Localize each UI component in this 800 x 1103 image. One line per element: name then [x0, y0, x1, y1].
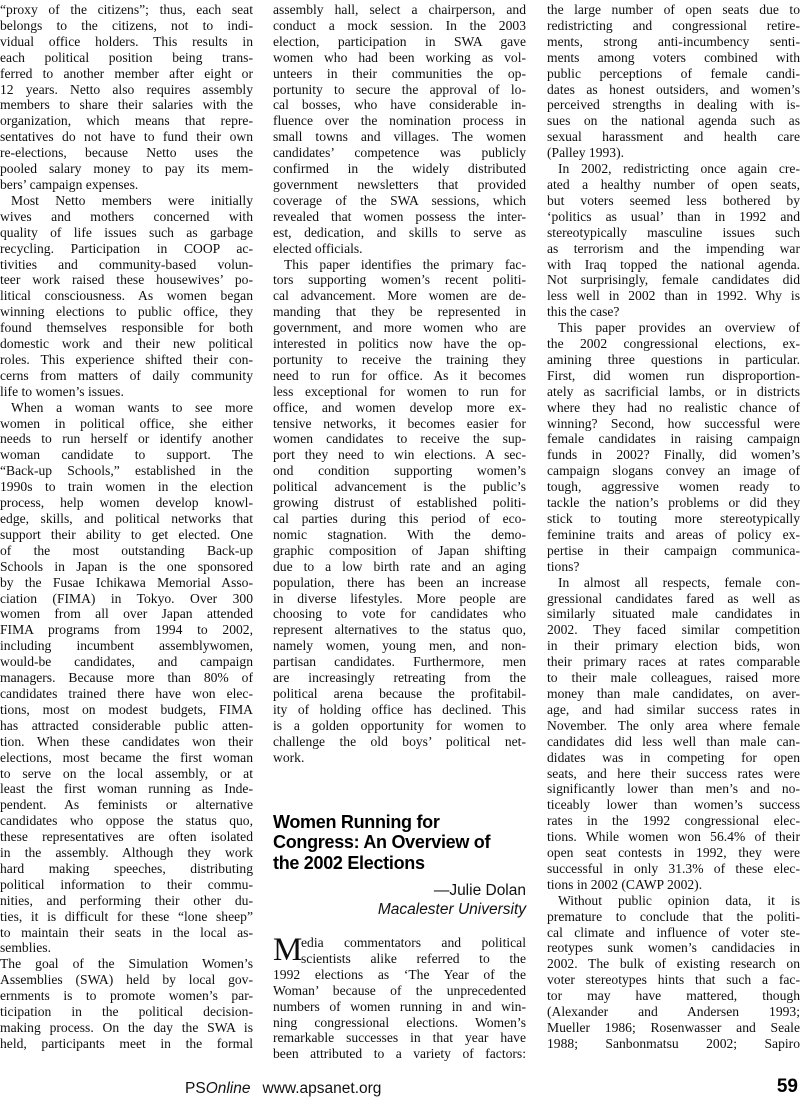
text-line: life to women’s issues. — [0, 384, 253, 400]
text-line: cal climate and influence of voter ste- — [547, 925, 800, 941]
text-line: This paper identifies the primary fac- — [273, 257, 526, 273]
text-line: tions, most on modest budgets, FIMA — [0, 702, 253, 718]
text-column-middle: assembly hall, select a chairperson, and… — [273, 2, 526, 1062]
text-line: support their ability to get elected. On… — [0, 527, 253, 543]
text-line: port they need to win elections. A sec- — [273, 447, 526, 463]
text-line: re-elections, because Netto uses the — [0, 145, 253, 161]
text-line: November. The only area where female — [547, 718, 800, 734]
text-line: political information to their commu- — [0, 877, 253, 893]
text-line: Mueller 1986; Rosenwasser and Seale — [547, 1020, 800, 1036]
text-line: cal bosses, who have considerable in- — [273, 97, 526, 113]
text-line: ments among voters combined with — [547, 50, 800, 66]
text-line: by the Fusae Ichikawa Memorial Asso- — [0, 575, 253, 591]
text-line: to their male colleagues, raised more — [547, 670, 800, 686]
paragraph: The goal of the Simulation Women’sAssemb… — [0, 956, 253, 1051]
text-line: cerns from matters of daily community — [0, 368, 253, 384]
text-line: election, participation in SWA gave — [273, 34, 526, 50]
text-line: seats, and here their success rates were — [547, 766, 800, 782]
text-line: Most Netto members were initially — [0, 193, 253, 209]
author-affiliation: Macalester University — [273, 901, 526, 920]
text-line: found themselves responsible for both — [0, 320, 253, 336]
text-line: money than male candidates, on aver- — [547, 686, 800, 702]
text-line: ticipation in the political decision- — [0, 1004, 253, 1020]
text-line: “Back-up Schools,” established in the — [0, 463, 253, 479]
text-line: represent alternatives to the status quo… — [273, 622, 526, 638]
text-line: Not surprisingly, female candidates did — [547, 272, 800, 288]
text-line: ated a healthy number of open seats, — [547, 177, 800, 193]
text-line: edia commentators and political — [273, 935, 526, 951]
text-line: tions? — [547, 559, 800, 575]
text-line: this the case? — [547, 304, 800, 320]
text-line: held, participants meet in the formal — [0, 1036, 253, 1052]
text-line: scientists alike referred to the — [273, 951, 526, 967]
text-line: with Iraq topped the national agenda. — [547, 257, 800, 273]
text-line: cal advancement. More women are de- — [273, 288, 526, 304]
text-line: ties, it is difficult for these “lone sh… — [0, 909, 253, 925]
text-line: as terrorism and the impending war — [547, 241, 800, 257]
text-line: tackle the nation’s problems or did they — [547, 495, 800, 511]
text-line: female candidates in raising campaign — [547, 431, 800, 447]
text-line: 2002. They faced similar competition — [547, 622, 800, 638]
text-line: recycling. Participation in COOP ac- — [0, 241, 253, 257]
text-line: are increasingly retreating from the — [273, 670, 526, 686]
text-line: pendent. As feminists or alternative — [0, 797, 253, 813]
text-line: women in political office, she either — [0, 416, 253, 432]
text-line: Congress: An Overview of — [273, 832, 526, 853]
dropcap-paragraph: Media commentators and politicalscientis… — [273, 935, 526, 1062]
text-line: tensive networks, it becomes easier for — [273, 416, 526, 432]
text-line: feminine traits and areas of policy ex- — [547, 527, 800, 543]
text-line: tor may have mattered, though — [547, 988, 800, 1004]
text-line: government newsletters that provided — [273, 177, 526, 193]
text-line: perceived strengths in dealing with is- — [547, 97, 800, 113]
text-line: significantly lower than men’s and no- — [547, 781, 800, 797]
text-line: partisan candidates. Furthermore, men — [273, 654, 526, 670]
journal-url: www.apsanet.org — [263, 1080, 382, 1097]
text-line: confirmed in the widely distributed — [273, 161, 526, 177]
text-line: graphic composition of Japan shifting — [273, 543, 526, 559]
text-line: est, dedication, and skills to serve as — [273, 225, 526, 241]
text-line: manding that they be represented in — [273, 304, 526, 320]
text-line: ments, strong anti-incumbency senti- — [547, 34, 800, 50]
text-line: less well in 2002 than in 1992. Why is — [547, 288, 800, 304]
text-line: Women Running for — [273, 812, 526, 833]
text-line: political advancement is the public’s — [273, 479, 526, 495]
text-line: age, and had similar success rates in — [547, 702, 800, 718]
text-line: political arena because the profitabil- — [273, 686, 526, 702]
text-line: assembly hall, select a chairperson, and — [273, 2, 526, 18]
text-line: hard making speeches, distributing — [0, 861, 253, 877]
text-line: candidates trained there have won elec- — [0, 686, 253, 702]
text-line: in diverse lifestyles. More people are — [273, 591, 526, 607]
text-line: elected officials. — [273, 241, 526, 257]
text-line: namely women, young men, and non- — [273, 638, 526, 654]
paragraph: Without public opinion data, it ispremat… — [547, 893, 800, 1052]
text-line: sentatives do not have to fund their own — [0, 129, 253, 145]
page-number: 59 — [777, 1076, 798, 1098]
text-line: vidual office holders. This results in — [0, 34, 253, 50]
text-line: The goal of the Simulation Women’s — [0, 956, 253, 972]
text-line: remarkable successes in that year have — [273, 1030, 526, 1046]
text-line: FIMA programs from 1994 to 2002, — [0, 622, 253, 638]
text-line: ond condition supporting women’s — [273, 463, 526, 479]
text-line: edge, skills, and political networks tha… — [0, 511, 253, 527]
paragraph: “proxy of the citizens”; thus, each seat… — [0, 2, 253, 193]
journal-page: “proxy of the citizens”; thus, each seat… — [0, 0, 800, 1103]
text-line: ning congressional elections. Women’s — [273, 1015, 526, 1031]
text-line: pooled salary money to pay its mem- — [0, 161, 253, 177]
text-line: successful in only 31.3% of these elec- — [547, 861, 800, 877]
text-line: including incumbent assemblywomen, — [0, 638, 253, 654]
text-line: tough, aggressive women ready to — [547, 479, 800, 495]
text-line: open seat contests in 1992, they were — [547, 845, 800, 861]
text-line: tors supporting women’s recent politi- — [273, 272, 526, 288]
text-line: First, did women run disproportion- — [547, 368, 800, 384]
text-line: “proxy of the citizens”; thus, each seat — [0, 2, 253, 18]
text-line: candidates’ competence was publicly — [273, 145, 526, 161]
journal-name-online: Online — [206, 1080, 251, 1097]
text-line: sues on the national agenda such as — [547, 113, 800, 129]
text-line: process, help women develop knowl- — [0, 495, 253, 511]
text-line: elections, most became the first woman — [0, 750, 253, 766]
author-block: —Julie DolanMacalester University — [273, 882, 526, 919]
text-line: nomic stagnation. With the demo- — [273, 527, 526, 543]
text-line: tivities and community-based volun- — [0, 257, 253, 273]
text-line: of the most outstanding Back-up — [0, 543, 253, 559]
paragraph: When a woman wants to see morewomen in p… — [0, 400, 253, 957]
text-line: numbers of women running in and win- — [273, 999, 526, 1015]
text-line: portunity to receive the training they — [273, 352, 526, 368]
text-line: the 2002 Elections — [273, 853, 526, 874]
text-line: Assemblies (SWA) held by local gov- — [0, 972, 253, 988]
text-line: Woman’ because of the unprecedented — [273, 983, 526, 999]
text-line: population, there has been an increase — [273, 575, 526, 591]
text-line: gressional candidates fared as well as — [547, 591, 800, 607]
text-line: 1992 elections as ‘The Year of the — [273, 967, 526, 983]
text-line: been attributed to a variety of factors: — [273, 1046, 526, 1062]
text-line: due to a low birth rate and an aging — [273, 559, 526, 575]
text-line: revealed that women possess the inter- — [273, 209, 526, 225]
text-line: making process. On the day the SWA is — [0, 1020, 253, 1036]
text-line: dates as honest outsiders, and women’s — [547, 82, 800, 98]
paragraph: assembly hall, select a chairperson, and… — [273, 2, 526, 257]
text-line: is a golden opportunity for women to — [273, 718, 526, 734]
text-line: small towns and villages. The women — [273, 129, 526, 145]
text-line: teer work raised these housewives’ po- — [0, 272, 253, 288]
text-line: amining three questions in particular. — [547, 352, 800, 368]
drop-cap: M — [273, 935, 302, 965]
text-line: least the first woman running as Inde- — [0, 781, 253, 797]
text-line: stereotypically masculine issues such — [547, 225, 800, 241]
text-line: would-be candidates, and campaign — [0, 654, 253, 670]
text-line: to serve on the local assembly, or at — [0, 766, 253, 782]
paragraph: This paper identifies the primary fac-to… — [273, 257, 526, 766]
text-line: 2002. The bulk of existing research on — [547, 956, 800, 972]
text-line: the 2002 congressional elections, ex- — [547, 336, 800, 352]
text-line: coverage of the SWA sessions, which — [273, 193, 526, 209]
text-line: women candidates to receive the sup- — [273, 431, 526, 447]
text-line: ity of holding office has declined. This — [273, 702, 526, 718]
text-line: needs to run herself or identify another — [0, 431, 253, 447]
text-line: less exceptional for women to run for — [273, 384, 526, 400]
text-line: unteers in their communities the op- — [273, 66, 526, 82]
text-column-right: the large number of open seats due tored… — [547, 2, 800, 1052]
text-line: tions in 2002 (CAWP 2002). — [547, 877, 800, 893]
text-line: their primary races at rates comparable — [547, 654, 800, 670]
text-line: tion. When these candidates won their — [0, 734, 253, 750]
text-line: government, and more women who are — [273, 320, 526, 336]
text-line: choosing to vote for candidates who — [273, 606, 526, 622]
article-title: Women Running forCongress: An Overview o… — [273, 812, 526, 874]
paragraph: In 2002, redistricting once again cre-at… — [547, 161, 800, 320]
text-line: woman candidate to support. The — [0, 447, 253, 463]
text-line: need to run for office. As it becomes — [273, 368, 526, 384]
text-line: in the assembly. Although they work — [0, 845, 253, 861]
text-line: but voters seemed less bothered by — [547, 193, 800, 209]
text-line: ticeably lower than women’s success — [547, 797, 800, 813]
text-line: portunity to secure the approval of lo- — [273, 82, 526, 98]
text-line: managers. Because more than 80% of — [0, 670, 253, 686]
text-line: 12 years. Netto also requires assembly — [0, 82, 253, 98]
text-line: work. — [273, 750, 526, 766]
text-line: candidates who oppose the status quo, — [0, 813, 253, 829]
text-line: wives and mothers concerned with — [0, 209, 253, 225]
text-line: has attracted considerable public atten- — [0, 718, 253, 734]
text-line: members to share their salaries with the — [0, 97, 253, 113]
text-line: roles. This experience shifted their con… — [0, 352, 253, 368]
text-line: didates was in competing for open — [547, 750, 800, 766]
text-line: ciation (FIMA) in Tokyo. Over 300 — [0, 591, 253, 607]
text-line: belongs to the citizens, not to indi- — [0, 18, 253, 34]
paragraph: Most Netto members were initiallywives a… — [0, 193, 253, 400]
text-line: bers’ campaign expenses. — [0, 177, 253, 193]
text-line: (Alexander and Andersen 1993; — [547, 1004, 800, 1020]
paragraph: This paper provides an overview ofthe 20… — [547, 320, 800, 575]
text-line: In 2002, redistricting once again cre- — [547, 161, 800, 177]
text-line: Without public opinion data, it is — [547, 893, 800, 909]
text-line: pertise in their campaign communica- — [547, 543, 800, 559]
text-line: 1988; Sanbonmatsu 2002; Sapiro — [547, 1036, 800, 1052]
text-line: similarly situated male candidates in — [547, 606, 800, 622]
text-line: redistricting and congressional retire- — [547, 18, 800, 34]
paragraph: the large number of open seats due tored… — [547, 2, 800, 161]
text-line: (Palley 1993). — [547, 145, 800, 161]
text-line: domestic work and their new political — [0, 336, 253, 352]
text-line: reotypes sunk women’s candidacies in — [547, 940, 800, 956]
text-line: voter stereotypes hints that such a fac- — [547, 972, 800, 988]
text-line: When a woman wants to see more — [0, 400, 253, 416]
text-line: campaign slogans convey an image of — [547, 463, 800, 479]
text-line: where they had no realistic chance of — [547, 400, 800, 416]
text-line: challenge the old boys’ political net- — [273, 734, 526, 750]
text-line: premature to conclude that the politi- — [547, 909, 800, 925]
text-line: tions. While women won 56.4% of their — [547, 829, 800, 845]
text-line: ately as sacrificial lambs, or in distri… — [547, 384, 800, 400]
text-line: sexual harassment and health care — [547, 129, 800, 145]
text-line: ‘politics as usual’ than in 1992 and — [547, 209, 800, 225]
author-name: —Julie Dolan — [273, 882, 526, 901]
text-line: In almost all respects, female con- — [547, 575, 800, 591]
text-line: these representatives are often isolated — [0, 829, 253, 845]
text-line: ernments is to promote women’s par- — [0, 988, 253, 1004]
text-line: cal parties during this period of eco- — [273, 511, 526, 527]
footer-journal-line: PSOnlinewww.apsanet.org — [185, 1080, 381, 1098]
text-line: funds in 2002? Finally, did women’s — [547, 447, 800, 463]
text-line: women from all over Japan attended — [0, 606, 253, 622]
text-line: Schools in Japan is the one sponsored — [0, 559, 253, 575]
text-column-left: “proxy of the citizens”; thus, each seat… — [0, 2, 253, 1052]
text-line: conduct a mock session. In the 2003 — [273, 18, 526, 34]
text-line: litical consciousness. As women began — [0, 288, 253, 304]
text-line: winning? Second, how successful were — [547, 416, 800, 432]
text-line: rates in the 1992 congressional elec- — [547, 813, 800, 829]
text-line: growing distrust of established politi- — [273, 495, 526, 511]
text-line: stick to touting more stereotypically — [547, 511, 800, 527]
text-line: organization, which means that repre- — [0, 113, 253, 129]
text-line: office, and women develop more ex- — [273, 400, 526, 416]
text-line: nities, and performing their other du- — [0, 893, 253, 909]
text-line: quality of life issues such as garbage — [0, 225, 253, 241]
text-line: This paper provides an overview of — [547, 320, 800, 336]
text-line: to maintain their seats in the local as- — [0, 925, 253, 941]
text-line: ferred to another member after eight or — [0, 66, 253, 82]
text-line: each political position being trans- — [0, 50, 253, 66]
text-line: the large number of open seats due to — [547, 2, 800, 18]
journal-name: PS — [185, 1080, 206, 1097]
paragraph: In almost all respects, female con-gress… — [547, 575, 800, 893]
text-line: in their primary election bids, won — [547, 638, 800, 654]
text-line: interested in politics now have the op- — [273, 336, 526, 352]
text-line: women who had been working as vol- — [273, 50, 526, 66]
text-line: public perceptions of female candi- — [547, 66, 800, 82]
text-line: semblies. — [0, 940, 253, 956]
text-line: 1990s to train women in the election — [0, 479, 253, 495]
text-line: candidates did less well than male can- — [547, 734, 800, 750]
text-line: fluence over the nomination process in — [273, 113, 526, 129]
text-line: winning elections to public office, they — [0, 304, 253, 320]
